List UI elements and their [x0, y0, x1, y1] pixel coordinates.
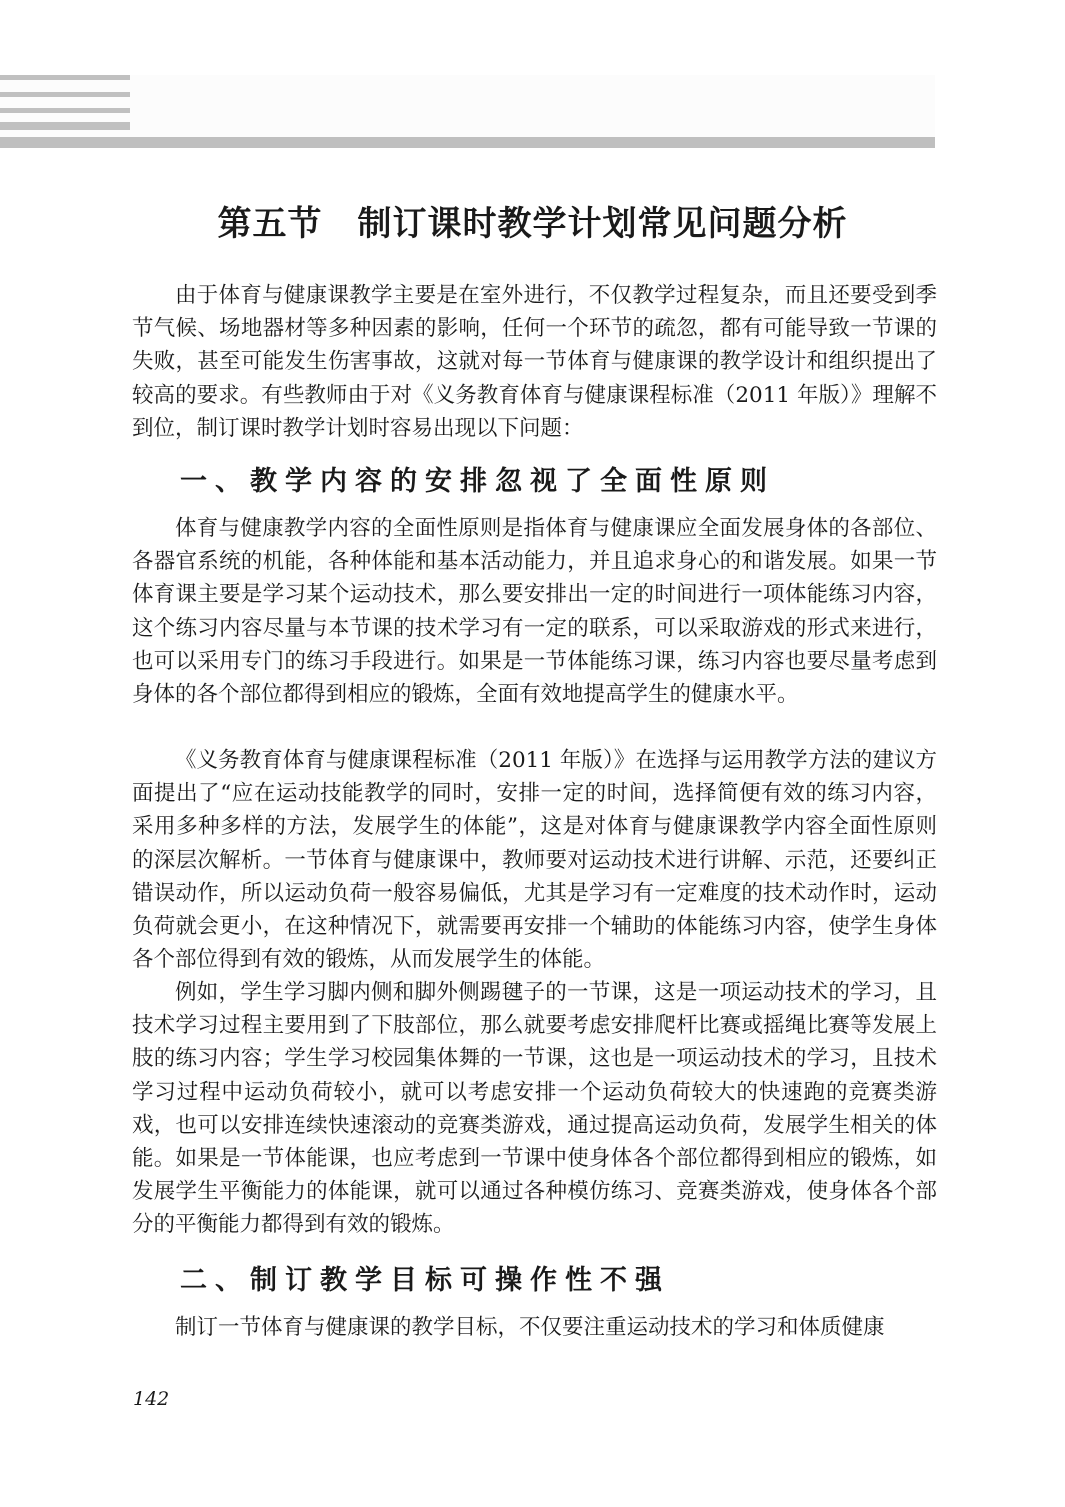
section-2-paragraph-1: 制订一节体育与健康课的教学目标，不仅要注重运动技术的学习和体质健康: [132, 1311, 937, 1344]
header-stripe: [0, 92, 130, 97]
section-1-paragraph-1: 体育与健康教学内容的全面性原则是指体育与健康课应全面发展身体的各部位、各器官系统…: [132, 512, 937, 711]
page-title: 第五节 制订课时教学计划常见问题分析: [0, 196, 1065, 245]
header-stripe: [0, 108, 130, 113]
header-bar: [0, 137, 935, 148]
section-heading-1: 一、教学内容的安排忽视了全面性原则: [180, 459, 775, 498]
page-number: 142: [133, 1388, 169, 1410]
header-band: [0, 75, 935, 137]
header-stripe: [0, 75, 130, 80]
section-1-paragraph-2: 《义务教育体育与健康课程标准（2011 年版）》在选择与运用教学方法的建议方面提…: [132, 744, 937, 976]
section-heading-2: 二、制订教学目标可操作性不强: [180, 1258, 670, 1297]
intro-paragraph: 由于体育与健康课教学主要是在室外进行，不仅教学过程复杂，而且还要受到季节气候、场…: [132, 279, 937, 445]
header-stripe: [0, 122, 130, 130]
section-1-paragraph-3: 例如，学生学习脚内侧和脚外侧踢毽子的一节课，这是一项运动技术的学习，且技术学习过…: [132, 976, 937, 1242]
